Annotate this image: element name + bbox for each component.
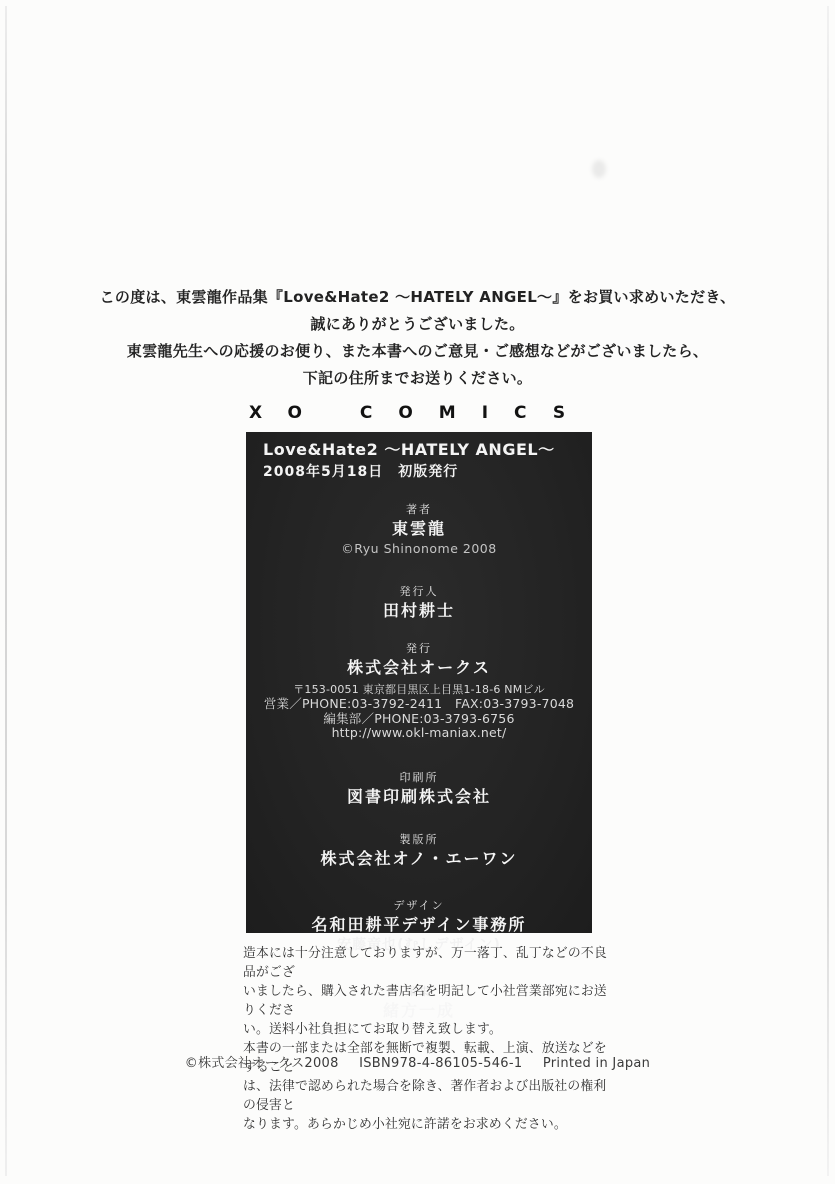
section-label: 発行	[246, 642, 592, 656]
reproduction-notice-line: なります。あらかじめ小社宛に許諾をお求めください。	[243, 1115, 607, 1134]
author-copyright-note: ©Ryu Shinonome 2008	[246, 541, 592, 557]
section-label: 印刷所	[246, 771, 592, 785]
intro-line: 東雲龍先生への応援のお便り、また本書へのご意見・ご感想などがございましたら、	[0, 338, 835, 365]
sales-phone: 営業／PHONE:03-3792-2411 FAX:03-3793-7048	[246, 697, 592, 712]
section-publisher: 発行 株式会社オークス 〒153-0051 東京都目黒区上目黒1-18-6 NM…	[246, 642, 592, 741]
printed-in-japan: Printed in Japan	[543, 1056, 650, 1071]
defect-notice-line: い。送料小社負担にてお取り替え致します。	[243, 1020, 607, 1039]
intro-line: この度は、東雲龍作品集『Love&Hate2 ～HATELY ANGEL～』をお…	[0, 284, 835, 311]
section-platemaker: 製版所 株式会社オノ・エーワン	[246, 833, 592, 869]
book-title: Love&Hate2 ～HATELY ANGEL～	[263, 440, 592, 460]
section-printer: 印刷所 図書印刷株式会社	[246, 771, 592, 807]
defect-notice-line: いましたら、購入された書店名を明記して小社営業部宛にお送りくださ	[243, 982, 607, 1020]
colophon-header: Love&Hate2 ～HATELY ANGEL～ 2008年5月18日 初版発…	[246, 432, 592, 481]
intro-line: 誠にありがとうございました。	[0, 311, 835, 338]
section-label: 発行人	[246, 585, 592, 599]
reproduction-notice-line: は、法律で認められた場合を除き、著作者および出版社の権利の侵害と	[243, 1077, 607, 1115]
section-label: デザイン	[246, 899, 592, 913]
intro-line: 下記の住所までお送りください。	[0, 365, 835, 392]
reader-thanks-paragraph: この度は、東雲龍作品集『Love&Hate2 ～HATELY ANGEL～』をお…	[0, 284, 835, 392]
imprint-logotype: XO COMICS	[249, 403, 591, 423]
page-edge-artifact-right	[827, 6, 829, 1176]
scan-smudge	[592, 160, 606, 178]
author-name: 東雲龍	[246, 519, 592, 539]
section-label: 著者	[246, 503, 592, 517]
legal-notices: 造本には十分注意しておりますが、万一落丁、乱丁などの不良品がござ いましたら、購…	[243, 944, 607, 1134]
isbn: ISBN978-4-86105-546-1	[359, 1056, 522, 1071]
defect-notice-line: 造本には十分注意しておりますが、万一落丁、乱丁などの不良品がござ	[243, 944, 607, 982]
publisher-url: http://www.okl-maniax.net/	[246, 726, 592, 741]
platemaker-name: 株式会社オノ・エーワン	[246, 849, 592, 869]
printer-name: 図書印刷株式会社	[246, 787, 592, 807]
design-office-name: 名和田耕平デザイン事務所	[246, 915, 592, 935]
colophon-box: Love&Hate2 ～HATELY ANGEL～ 2008年5月18日 初版発…	[246, 432, 592, 933]
publisher-address: 〒153-0051 東京都目黒区上目黒1-18-6 NMビル	[246, 682, 592, 697]
section-label: 製版所	[246, 833, 592, 847]
edition-date: 2008年5月18日 初版発行	[263, 463, 592, 481]
page-edge-artifact-left	[5, 6, 7, 1176]
publisher-copyright: ©株式会社オークス2008	[185, 1056, 339, 1071]
issuer-name: 田村耕士	[246, 601, 592, 621]
copyright-isbn-line: ©株式会社オークス2008 ISBN978-4-86105-546-1 Prin…	[0, 1052, 835, 1071]
section-author: 著者 東雲龍 ©Ryu Shinonome 2008	[246, 503, 592, 557]
publisher-name: 株式会社オークス	[246, 658, 592, 678]
editorial-phone: 編集部／PHONE:03-3793-6756	[246, 712, 592, 727]
scanned-colophon-page: この度は、東雲龍作品集『Love&Hate2 ～HATELY ANGEL～』をお…	[0, 0, 835, 1184]
section-issuer: 発行人 田村耕士	[246, 585, 592, 621]
